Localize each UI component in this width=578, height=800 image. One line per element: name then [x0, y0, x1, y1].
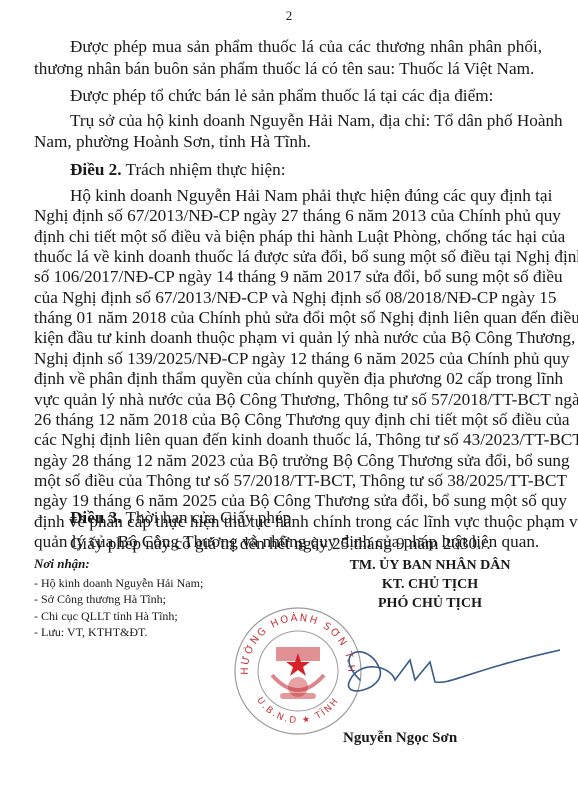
article-2-heading: Điều 2. Trách nhiệm thực hiện:	[70, 160, 542, 180]
paragraph-line: Được phép tổ chức bán lẻ sản phẩm thuốc …	[70, 86, 542, 106]
paragraph-line: Nghị định số 139/2025/NĐ-CP ngày 12 thán…	[34, 349, 542, 369]
article-title: Trách nhiệm thực hiện:	[122, 160, 286, 179]
recipient-item: - Chi cục QLLT tỉnh Hà Tĩnh;	[34, 608, 203, 625]
paragraph-line: tháng 01 năm 2018 của Chính phủ sửa đổi …	[34, 308, 542, 328]
paragraph-line: Được phép mua sản phẩm thuốc lá của các …	[70, 37, 542, 57]
article-label: Điều 3.	[70, 508, 122, 527]
signature-title-2: KT. CHỦ TỊCH	[330, 575, 530, 594]
paragraph-line: số 106/2017/NĐ-CP ngày 14 tháng 9 năm 20…	[34, 267, 542, 287]
article-3-heading: Điều 3. Thời hạn của Giấy phép	[70, 508, 542, 528]
paragraph-line: Trụ sở của hộ kinh doanh Nguyễn Hải Nam,…	[70, 111, 542, 131]
paragraph-line: các Nghị định liên quan đến kinh doanh t…	[34, 430, 542, 450]
paragraph-line: 26 tháng 12 năm 2018 của Bộ Công Thương …	[34, 410, 542, 430]
paragraph-line: một số điều của Thông tư số 57/2018/TT-B…	[34, 471, 542, 491]
paragraph-line: Hộ kinh doanh Nguyễn Hải Nam phải thực h…	[70, 186, 542, 206]
paragraph-line: thương nhân bán buôn sản phẩm thuốc lá c…	[34, 59, 542, 79]
article-label: Điều 2.	[70, 160, 122, 179]
recipient-item: - Sở Công thương Hà Tĩnh;	[34, 591, 203, 608]
paragraph-line: định về phân định thẩm quyền của chính q…	[34, 369, 542, 389]
article-title: Thời hạn của Giấy phép	[122, 508, 292, 527]
signer-name: Nguyễn Ngọc Sơn	[343, 730, 457, 747]
recipient-item: - Lưu: VT, KTHT&ĐT.	[34, 624, 203, 641]
paragraph-line: Nghị định số 67/2013/NĐ-CP ngày 27 tháng…	[34, 206, 542, 226]
signature-title-1: TM. ỦY BAN NHÂN DÂN	[330, 556, 530, 575]
paragraph-line: Nam, phường Hoành Sơn, tỉnh Hà Tĩnh.	[34, 132, 542, 152]
paragraph-line: thuốc lá về kinh doanh thuốc lá được sửa…	[34, 247, 542, 267]
paragraph-line: vực quản lý nhà nước của Bộ Công Thương,…	[34, 390, 542, 410]
paragraph-line: định chi tiết một số điều và biện pháp t…	[34, 227, 542, 247]
handwritten-signature-icon	[320, 640, 560, 710]
paragraph-line: kiện đầu tư kinh doanh thuộc phạm vi quả…	[34, 328, 542, 348]
paragraph-line: của Nghị định số 67/2013/NĐ-CP và Nghị đ…	[34, 288, 542, 308]
recipients-block: Nơi nhận: - Hộ kinh doanh Nguyễn Hải Nam…	[34, 556, 203, 641]
paragraph-line: ngày 28 tháng 12 năm 2023 của Bộ trưởng …	[34, 451, 542, 471]
article-3-body: Giấy phép này có giá trị đến hết ngày 25…	[70, 534, 542, 554]
recipient-item: - Hộ kinh doanh Nguyễn Hải Nam;	[34, 575, 203, 592]
page-number: 2	[0, 8, 578, 24]
recipients-title: Nơi nhận:	[34, 556, 203, 573]
